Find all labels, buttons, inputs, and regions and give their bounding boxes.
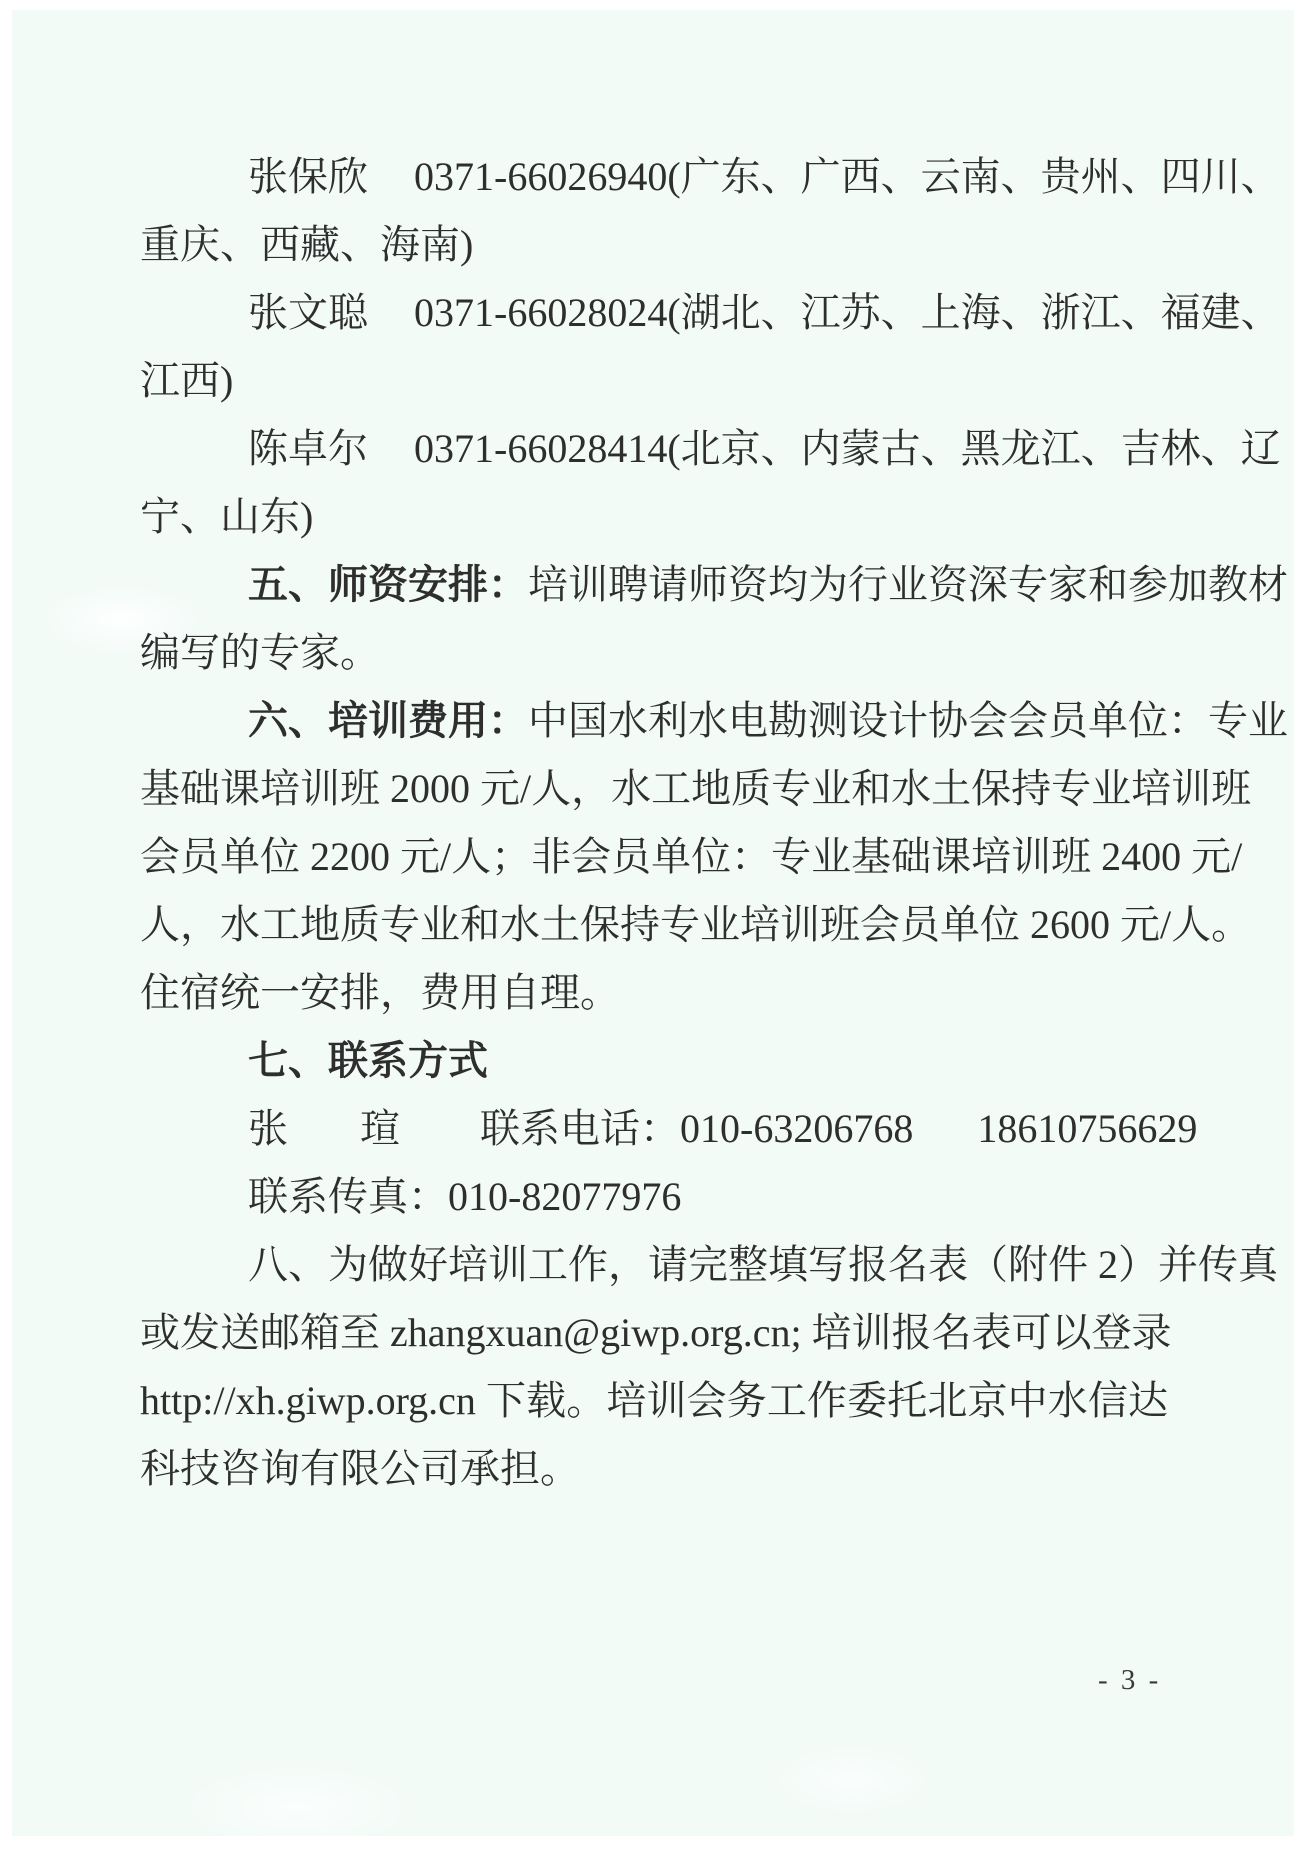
contact-name: 张文聪 (248, 290, 368, 335)
section-heading-fees: 六、培训费用： (248, 698, 528, 743)
doc-line: 基础课培训班 2000 元/人，水工地质专业和水土保持专业培训班 (140, 755, 1168, 823)
scan-artifact (772, 1745, 932, 1815)
doc-line: 会员单位 2200 元/人；非会员单位：专业基础课培训班 2400 元/ (140, 823, 1168, 891)
line-text: 科技咨询有限公司承担。 (140, 1446, 580, 1491)
doc-line: 张保欣0371-66026940(广东、广西、云南、贵州、四川、 (140, 143, 1168, 211)
region-list: 宁、山东) (140, 494, 313, 539)
doc-line: 或发送邮箱至 zhangxuan@giwp.org.cn; 培训报名表可以登录 (140, 1299, 1168, 1367)
email-address-text: 或发送邮箱至 zhangxuan@giwp.org.cn; 培训报名表可以登录 (140, 1310, 1172, 1355)
section-heading-teachers: 五、师资安排： (248, 562, 528, 607)
line-text: 住宿统一安排，费用自理。 (140, 970, 620, 1015)
doc-line: 五、师资安排：培训聘请师资均为行业资深专家和参加教材 (140, 551, 1168, 619)
region-list: 江西) (140, 358, 233, 403)
doc-line: 张文聪0371-66028024(湖北、江苏、上海、浙江、福建、 (140, 279, 1168, 347)
doc-line: 陈卓尔0371-66028414(北京、内蒙古、黑龙江、吉林、辽 (140, 415, 1168, 483)
doc-line: 住宿统一安排，费用自理。 (140, 959, 1168, 1027)
doc-line contact-line: 张瑄联系电话：010-6320676818610756629 (140, 1095, 1168, 1163)
phone-label: 联系电话：010-63206768 (480, 1106, 913, 1151)
document-body: 张保欣0371-66026940(广东、广西、云南、贵州、四川、 重庆、西藏、海… (140, 143, 1168, 1503)
doc-line: 重庆、西藏、海南) (140, 211, 1168, 279)
doc-line: 人，水工地质专业和水土保持专业培训班会员单位 2600 元/人。 (140, 891, 1168, 959)
fax-number: 联系传真：010-82077976 (248, 1174, 681, 1219)
website-url-text: http://xh.giwp.org.cn 下载。培训会务工作委托北京中水信达 (140, 1378, 1168, 1423)
doc-line: 科技咨询有限公司承担。 (140, 1435, 1168, 1503)
contact-name: 张保欣 (248, 154, 368, 199)
line-text: 中国水利水电勘测设计协会会员单位：专业 (528, 698, 1288, 743)
scanned-document: { "colors": { "paper": "#f3fbf7", "borde… (0, 0, 1309, 1852)
line-text: 人，水工地质专业和水土保持专业培训班会员单位 2600 元/人。 (140, 902, 1251, 947)
line-text: 基础课培训班 2000 元/人，水工地质专业和水土保持专业培训班 (140, 766, 1251, 811)
doc-line: http://xh.giwp.org.cn 下载。培训会务工作委托北京中水信达 (140, 1367, 1168, 1435)
doc-line: 宁、山东) (140, 483, 1168, 551)
contact-name: 陈卓尔 (248, 426, 368, 471)
page-number: - 3 - (1098, 1660, 1161, 1700)
contact-name: 瑄 (360, 1106, 400, 1151)
line-text: 培训聘请师资均为行业资深专家和参加教材 (528, 562, 1288, 607)
line-text: 会员单位 2200 元/人；非会员单位：专业基础课培训班 2400 元/ (140, 834, 1242, 879)
phone-number: 18610756629 (977, 1106, 1197, 1151)
doc-line: 编写的专家。 (140, 619, 1168, 687)
doc-line: 江西) (140, 347, 1168, 415)
phone-and-regions: 0371-66028024(湖北、江苏、上海、浙江、福建、 (414, 290, 1281, 335)
doc-line: 六、培训费用：中国水利水电勘测设计协会会员单位：专业 (140, 687, 1168, 755)
doc-line: 八、为做好培训工作，请完整填写报名表（附件 2）并传真 (140, 1231, 1168, 1299)
region-list: 重庆、西藏、海南) (140, 222, 473, 267)
doc-line: 联系传真：010-82077976 (140, 1163, 1168, 1231)
section-heading-contact: 七、联系方式 (248, 1038, 488, 1083)
scan-artifact (182, 1765, 412, 1850)
contact-name: 张 (248, 1106, 288, 1151)
phone-and-regions: 0371-66026940(广东、广西、云南、贵州、四川、 (414, 154, 1281, 199)
line-text: 八、为做好培训工作，请完整填写报名表（附件 2）并传真 (248, 1242, 1278, 1287)
line-text: 编写的专家。 (140, 630, 380, 675)
doc-line: 七、联系方式 (140, 1027, 1168, 1095)
phone-and-regions: 0371-66028414(北京、内蒙古、黑龙江、吉林、辽 (414, 426, 1281, 471)
